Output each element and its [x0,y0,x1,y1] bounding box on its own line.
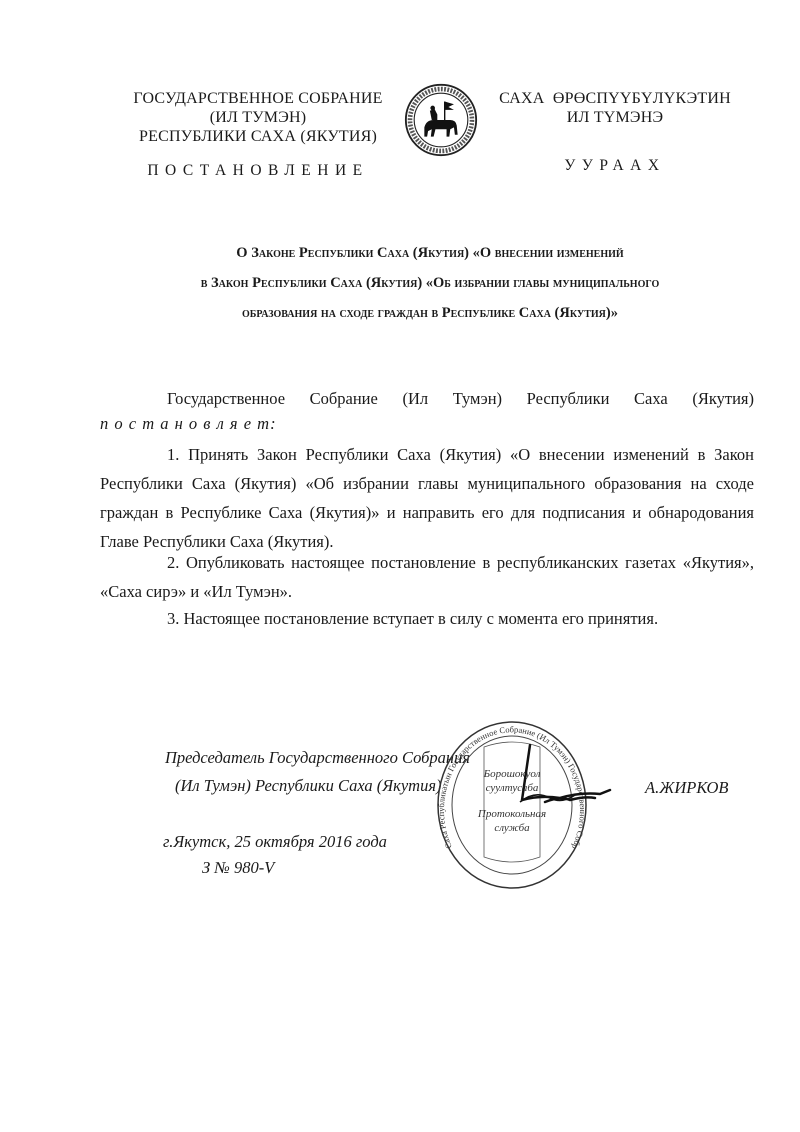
doc-type-ru: ПОСТАНОВЛЕНИЕ [108,162,408,180]
doc-type-sakha: УУРААХ [480,157,750,175]
header-left-line-3: РЕСПУБЛИКИ САХА (ЯКУТИЯ) [108,127,408,146]
header-right: САХА ӨРӨСПҮҮБҮЛҮКЭТИН ИЛ ТҮМЭНЭ [480,89,750,127]
decree-word: п о с т а н о в л я е т: [100,414,277,434]
header-right-line-2: ИЛ ТҮМЭНЭ [480,108,750,127]
preamble: Государственное Собрание (Ил Тумэн) Респ… [100,384,754,413]
signatory-name: А.ЖИРКОВ [645,778,729,798]
header-left-line-1: ГОСУДАРСТВЕННОЕ СОБРАНИЕ [108,89,408,108]
title-line-3: образования на сходе граждан в Республик… [100,305,760,322]
title-line-2: в Закон Республики Саха (Якутия) «Об изб… [100,275,760,292]
coat-of-arms-emblem-icon [404,83,478,157]
title-line-1: О Законе Республики Саха (Якутия) «О вне… [100,245,760,262]
handwritten-signature-icon [450,740,625,830]
item-1: 1. Принять Закон Республики Саха (Якутия… [100,440,754,556]
item-2: 2. Опубликовать настоящее постановление … [100,548,754,606]
signatory-position-2: (Ил Тумэн) Республики Саха (Якутия) [175,776,442,796]
signatory-position-1: Председатель Государственного Собрания [165,748,470,768]
place-date: г.Якутск, 25 октября 2016 года [163,832,387,852]
header-left: ГОСУДАРСТВЕННОЕ СОБРАНИЕ (ИЛ ТУМЭН) РЕСП… [108,89,408,146]
item-3: 3. Настоящее постановление вступает в си… [100,604,754,633]
header-left-line-2: (ИЛ ТУМЭН) [108,108,408,127]
document-number: З № 980-V [202,858,274,878]
header-right-line-1: САХА ӨРӨСПҮҮБҮЛҮКЭТИН [480,89,750,108]
